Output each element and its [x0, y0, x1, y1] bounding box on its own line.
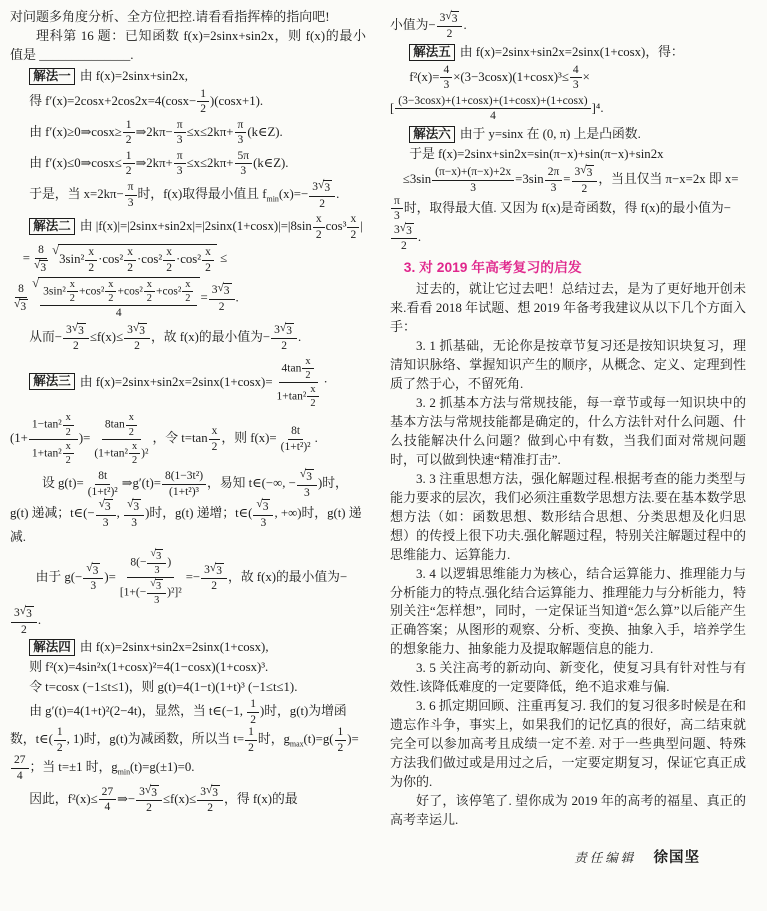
paragraph-left-1: 理科第 16 题：已知函数 f(x)=2sinx+sin2x，则 f(x)的最小… — [10, 27, 366, 65]
fraction: √33 — [297, 469, 317, 499]
fraction: 8t(1+t²)² — [85, 470, 121, 498]
radical: √3 — [445, 11, 459, 25]
paragraph-right-3: [(3−3cosx)+(1+cosx)+(1+cosx)+(1+cosx)4]⁴… — [390, 95, 746, 123]
paragraph-right-12: 3. 4 以逻辑思维能力为核心，结合运算能力、推理能力与分析能力的特点.强化结合… — [390, 565, 746, 660]
paragraph-left-13: 设 g(t)=8t(1+t²)²⇒g′(t)=8(1−3t²)(1+t²)³，易… — [10, 469, 366, 545]
fraction: π3 — [174, 119, 186, 147]
paragraph-left-10: 从而−3√32≤f(x)≤3√32，故 f(x)的最小值为−3√32. — [10, 323, 366, 353]
radical: √3 — [217, 283, 231, 297]
fraction: 2π3 — [545, 166, 563, 194]
fraction: 1−tan²x21+tan²x2 — [29, 412, 78, 466]
radical: √3 — [14, 299, 28, 313]
right-column-content: 小值为−3√32.解法五由 f(x)=2sinx+sin2x=2sinx(1+c… — [390, 11, 746, 830]
fraction: 8tanx2(1+tan²x2)² — [91, 412, 151, 466]
fraction: x2 — [67, 279, 78, 304]
fraction: π3 — [174, 150, 186, 178]
radical: √3 — [72, 323, 86, 337]
fraction: (3−3cosx)+(1+cosx)+(1+cosx)+(1+cosx)4 — [395, 95, 590, 123]
fraction: 3√32 — [209, 283, 235, 313]
paragraph-left-5: 由 f′(x)≤0⇒cosx≤12⇒2kπ+π3≤x≤2kπ+5π3(k∈Z). — [10, 150, 366, 178]
fraction: √33 — [147, 579, 166, 606]
fraction: 274 — [99, 786, 117, 814]
paragraph-left-17: 令 t=cosx (−1≤t≤1)，则 g(t)=4(1−t)(1+t)³ (−… — [10, 679, 366, 696]
radical: √3 — [150, 579, 163, 592]
radical: √3 — [206, 785, 220, 799]
paragraph-left-15: 解法四由 f(x)=2sinx+sin2x=2sinx(1+cosx), — [10, 639, 366, 656]
fraction: 12 — [245, 726, 257, 754]
fraction: 12 — [197, 88, 209, 116]
fraction: x2 — [209, 425, 221, 453]
fraction: x2 — [313, 213, 325, 241]
fraction: 3√32 — [197, 785, 223, 815]
paragraph-right-14: 3. 6 抓定期回顾、注重再复习. 我们的复习很多时候是在和遗忘作斗争，事实上，… — [390, 697, 746, 792]
radical: √3 — [20, 606, 34, 620]
fraction: x2 — [144, 279, 155, 304]
paragraph-right-6: ≤3sin(π−x)+(π−x)+2x3=3sin2π3=3√32，当且仅当 π… — [390, 165, 746, 253]
paragraph-right-9: 3. 1 抓基础，无论你是按章节复习还是按知识块复习，理清知识脉络、掌握知识产生… — [390, 337, 746, 394]
fraction: 43 — [440, 64, 452, 92]
fraction: x2 — [63, 441, 74, 466]
paragraph-right-15: 好了，该停笔了. 望你成为 2019 年的高考的福星、真正的高考幸运儿. — [390, 792, 746, 830]
fraction: 3√32 — [437, 11, 463, 41]
paragraph-left-16: 则 f²(x)=4sin²x(1+cosx)²=4(1−cosx)(1+cosx… — [10, 659, 366, 676]
paragraph-left-8: =8√3√3sin²x2·cos²x2·cos²x2·cos²x2 ≤ — [10, 244, 366, 274]
fraction: 5π3 — [235, 150, 253, 178]
fraction: 3√32 — [11, 606, 37, 636]
fraction: x2 — [105, 279, 116, 304]
fraction: √33 — [96, 499, 116, 529]
paragraph-left-19: 因此，f²(x)≤274⇒−3√32≤f(x)≤3√32，得 f(x)的最 — [10, 785, 366, 815]
left-column: 对问题多角度分析、全方位把控.请看看指挥棒的指向吧!理科第 16 题：已知函数 … — [10, 8, 366, 911]
radical: √3 — [34, 260, 48, 274]
radical: √3 — [145, 785, 159, 799]
radical: √3 — [280, 323, 294, 337]
radical: √3 — [133, 323, 147, 337]
fraction: x2 — [129, 441, 140, 466]
fraction: 3√32 — [271, 323, 297, 353]
paragraph-left-11: 解法三由 f(x)=2sinx+sin2x=2sinx(1+cosx)=4tan… — [10, 356, 366, 410]
editor-role-label: 责任编辑 — [574, 851, 636, 865]
fraction: 3√32 — [201, 563, 227, 593]
fraction: 12 — [54, 726, 66, 754]
fraction: 3√32 — [124, 323, 150, 353]
paragraph-left-2: 解法一由 f(x)=2sinx+sin2x, — [10, 68, 366, 85]
paragraph-left-3: 得 f′(x)=2cosx+2cos2x=4(cosx−12)(cosx+1). — [10, 88, 366, 116]
fraction: √33 — [253, 499, 273, 529]
fraction: √33 — [147, 549, 166, 576]
radical: √3 — [318, 180, 332, 194]
radical: √3 — [127, 499, 141, 513]
fraction: x2 — [126, 412, 137, 437]
paragraph-right-8: 过去的，就让它过去吧！总结过去，是为了更好地开创未来.看看 2018 年试题、想… — [390, 280, 746, 337]
paragraph-left-4: 由 f′(x)≥0⇒cosx≥12⇒2kπ−π3≤x≤2kπ+π3(k∈Z). — [10, 119, 366, 147]
paragraph-right-1: 解法五由 f(x)=2sinx+sin2x=2sinx(1+cosx)，得： — [390, 44, 746, 61]
radical: √3 — [400, 223, 414, 237]
radical: √3 — [300, 469, 314, 483]
radical: √3 — [256, 499, 270, 513]
fraction: 3sin²x2+cos²x2+cos²x2+cos²x24 — [40, 279, 197, 320]
paragraph-right-11: 3. 3 注重思想方法，强化解题过程.根据考查的能力类型与能力要求的层次，我们必… — [390, 470, 746, 565]
fraction: 8(−√33)[1+(−√33)²]² — [117, 549, 185, 607]
fraction: √33 — [83, 563, 103, 593]
paragraph-left-9: 8√3√3sin²x2+cos²x2+cos²x2+cos²x24=3√32. — [10, 277, 366, 320]
fraction: x2 — [63, 412, 74, 437]
radical: √3 — [99, 499, 113, 513]
paragraph-right-10: 3. 2 抓基本方法与常规技能，每一章节或每一知识块中的基本方法与常规技能都是确… — [390, 394, 746, 470]
radical: √3sin²x2+cos²x2+cos²x2+cos²x24 — [32, 277, 200, 320]
paragraph-left-18: 由 g′(t)=4(1+t)²(2−4t)，显然，当 t∈(−1, 12)时，g… — [10, 698, 366, 782]
radical: √3 — [150, 549, 163, 562]
solution-method-label: 解法六 — [409, 126, 455, 143]
fraction: √33 — [124, 499, 144, 529]
paragraph-right-0: 小值为−3√32. — [390, 11, 746, 41]
fraction: 3√32 — [136, 785, 162, 815]
radical: √3sin²x2·cos²x2·cos²x2·cos²x2 — [52, 244, 217, 274]
radical: √3 — [210, 563, 224, 577]
solution-method-label: 解法三 — [29, 373, 75, 390]
fraction: x2 — [302, 356, 313, 381]
fraction: x2 — [347, 213, 359, 241]
solution-method-label: 解法二 — [29, 218, 75, 235]
paragraph-left-12: (1+1−tan²x21+tan²x2)=8tanx2(1+tan²x2)²，令… — [10, 412, 366, 466]
fraction: 4tanx21+tan²x2 — [274, 356, 323, 410]
radical: √3 — [580, 165, 594, 179]
fraction: x2 — [182, 279, 193, 304]
fraction: 3√32 — [391, 223, 417, 253]
editor-credit: 责任编辑 徐国坚 — [390, 830, 746, 867]
fraction: 12 — [123, 119, 135, 147]
fraction: 3√32 — [572, 165, 598, 195]
section-heading: 3. 对 2019 年高考复习的启发 — [390, 258, 746, 277]
fraction: 43 — [570, 64, 582, 92]
fraction: π3 — [125, 181, 137, 209]
document-page: 对问题多角度分析、全方位把控.请看看指挥棒的指向吧!理科第 16 题：已知函数 … — [0, 0, 767, 911]
right-column: 小值为−3√32.解法五由 f(x)=2sinx+sin2x=2sinx(1+c… — [390, 8, 746, 911]
paragraph-left-6: 于是，当 x=2kπ−π3时，f(x)取得最小值且 fmin(x)=−3√32. — [10, 180, 366, 210]
fraction: 8t(1+t²)² — [278, 425, 314, 453]
solution-method-label: 解法五 — [409, 44, 455, 61]
fraction: 8√3 — [11, 283, 31, 313]
paragraph-left-14: 由于 g(−√33)=8(−√33)[1+(−√33)²]²=−3√32，故 f… — [10, 549, 366, 637]
paragraph-left-0: 对问题多角度分析、全方位把控.请看看指挥棒的指向吧! — [10, 8, 366, 27]
paragraph-right-2: f²(x)=43×(3−3cosx)(1+cosx)³≤43× — [390, 64, 746, 92]
paragraph-right-5: 于是 f(x)=2sinx+sin2x=sin(π−x)+sin(π−x)+si… — [390, 146, 746, 163]
fraction: (π−x)+(π−x)+2x3 — [432, 166, 514, 194]
radical: √3 — [86, 563, 100, 577]
editor-name: 徐国坚 — [654, 850, 701, 866]
solution-method-label: 解法一 — [29, 68, 75, 85]
fraction: π3 — [235, 119, 247, 147]
fraction: x2 — [85, 246, 97, 274]
fraction: 3√32 — [63, 323, 89, 353]
fraction: x2 — [202, 246, 214, 274]
fraction: x2 — [124, 246, 136, 274]
paragraph-right-13: 3. 5 关注高考的新动向、新变化，使复习具有针对性与有效性.该降低难度的一定要… — [390, 659, 746, 697]
paragraph-right-4: 解法六由于 y=sinx 在 (0, π) 上是凸函数. — [390, 126, 746, 143]
fraction: 274 — [11, 754, 29, 782]
fraction: 12 — [247, 698, 259, 726]
fraction: 12 — [123, 150, 135, 178]
fraction: x2 — [163, 246, 175, 274]
solution-method-label: 解法四 — [29, 639, 75, 656]
paragraph-left-7: 解法二由 |f(x)|=|2sinx+sin2x|=|2sinx(1+cosx)… — [10, 213, 366, 241]
fraction: 12 — [335, 726, 347, 754]
fraction: π3 — [391, 195, 403, 223]
fraction: 3√32 — [309, 180, 335, 210]
fraction: 8(1−3t²)(1+t²)³ — [162, 470, 206, 498]
fraction: x2 — [307, 384, 318, 409]
fraction: 8√3 — [31, 244, 51, 274]
